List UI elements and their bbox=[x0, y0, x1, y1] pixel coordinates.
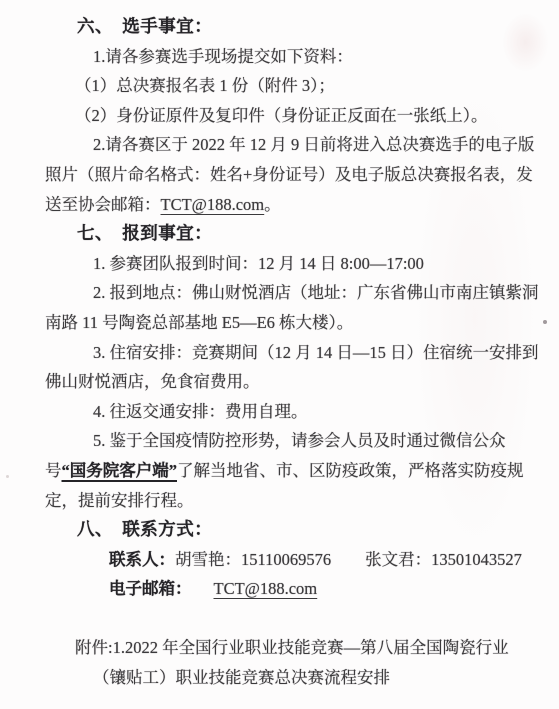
paragraph-transport: 4. 往返交通安排：费用自理。 bbox=[45, 397, 539, 427]
contact2-phone: 13501043527 bbox=[431, 550, 522, 569]
attachment-line-1: 附件:1.2022 年全国行业职业技能竞赛—第八届全国陶瓷行业 bbox=[45, 633, 539, 663]
section-heading-contact: 八、 联系方式： bbox=[45, 515, 539, 545]
contact-persons-label: 联系人： bbox=[109, 550, 175, 569]
contact-persons-line: 联系人：胡雪艳：15110069576张文君：13501043527 bbox=[45, 545, 539, 575]
paragraph-epidemic-policy: 5. 鉴于全国疫情防控形势，请参会人员及时通过微信公众号“国务院客户端”了解当地… bbox=[45, 426, 539, 515]
contact-email-line: 电子邮箱：TCT@188.com bbox=[45, 574, 539, 604]
paragraph-registration-form: （1）总决赛报名表 1 份（附件 3）； bbox=[45, 71, 539, 101]
scanned-document-page: 六、 选手事宜： 1.请各参赛选手现场提交如下资料： （1）总决赛报名表 1 份… bbox=[0, 0, 559, 709]
paragraph-photo-deadline: 2.请各赛区于 2022 年 12 月 9 日前将进入总决赛选手的电子版照片（照… bbox=[45, 130, 539, 219]
section-heading-players: 六、 选手事宜： bbox=[45, 12, 539, 42]
text-run: 。 bbox=[264, 195, 281, 214]
paragraph-submit-materials: 1.请各参赛选手现场提交如下资料： bbox=[45, 42, 539, 72]
contact1-name: 胡雪艳： bbox=[175, 550, 241, 569]
text-run: 2.请各赛区于 2022 年 12 月 9 日前将进入总决赛选手的电子版照片（照… bbox=[45, 135, 534, 213]
contact1-phone: 15110069576 bbox=[241, 550, 331, 569]
paragraph-checkin-location: 2. 报到地点：佛山财悦酒店（地址：广东省佛山市南庄镇紫洞南路 11 号陶瓷总部… bbox=[45, 278, 539, 337]
attachment-line-2: （镶贴工）职业技能竞赛总决赛流程安排 bbox=[45, 663, 539, 693]
contact-email-text: TCT@188.com bbox=[214, 579, 318, 598]
association-email-text: TCT@188.com bbox=[161, 195, 265, 214]
paragraph-accommodation: 3. 住宿安排：竞赛期间（12 月 14 日—15 日）住宿统一安排到佛山财悦酒… bbox=[45, 338, 539, 397]
paragraph-id-card: （2）身份证原件及复印件（身份证正反面在一张纸上）。 bbox=[45, 101, 539, 131]
attachment-note: 附件:1.2022 年全国行业职业技能竞赛—第八届全国陶瓷行业 （镶贴工）职业技… bbox=[45, 633, 539, 692]
paragraph-checkin-time: 1. 参赛团队报到时间：12 月 14 日 8:00—17:00 bbox=[45, 249, 539, 279]
scan-speck bbox=[543, 320, 547, 324]
email-label: 电子邮箱： bbox=[109, 579, 192, 598]
contact2-name: 张文君： bbox=[365, 550, 431, 569]
scan-speck bbox=[6, 475, 9, 478]
section-heading-checkin: 七、 报到事宜： bbox=[45, 219, 539, 249]
wechat-account-name: “国务院客户端” bbox=[62, 461, 178, 480]
